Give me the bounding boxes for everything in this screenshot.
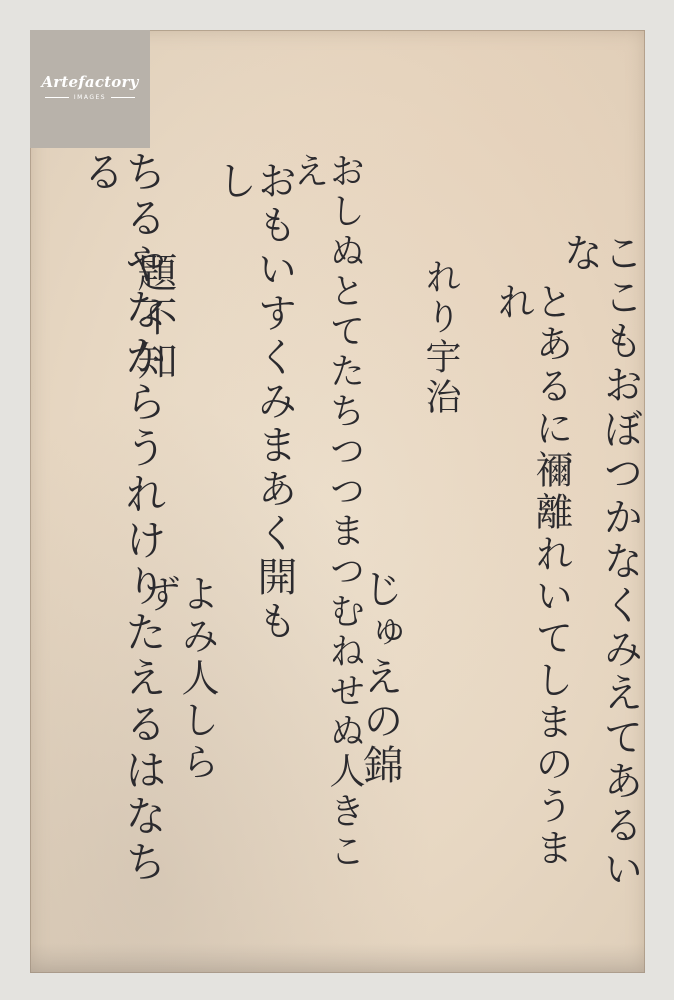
- calligraphy-column-9: ちるやなからうれけりたえるはなちる: [80, 150, 164, 900]
- watermark-title: Artefactory: [30, 73, 150, 91]
- watermark: Artefactory IMAGES: [30, 30, 150, 148]
- divider: [111, 97, 135, 98]
- calligraphy-column-3: れり宇治: [422, 258, 458, 458]
- calligraphy-column-6: おもいすくみまあく開もし: [214, 160, 294, 660]
- calligraphy-column-2: とあるに禰離れいてしまのうまれ: [494, 282, 570, 882]
- image-stage: ここもおぼつかなくみえてあるいな とあるに禰離れいてしまのうまれ れり宇治 じゅ…: [0, 0, 674, 1000]
- calligraphy-column-4: じゅえの錦: [360, 568, 400, 828]
- watermark-subtitle: IMAGES: [74, 94, 106, 101]
- watermark-subtitle-row: IMAGES: [30, 94, 150, 101]
- calligraphy-column-5: おしぬとてたちつつまつむねせぬ人きこえ: [290, 152, 362, 892]
- divider: [45, 97, 69, 98]
